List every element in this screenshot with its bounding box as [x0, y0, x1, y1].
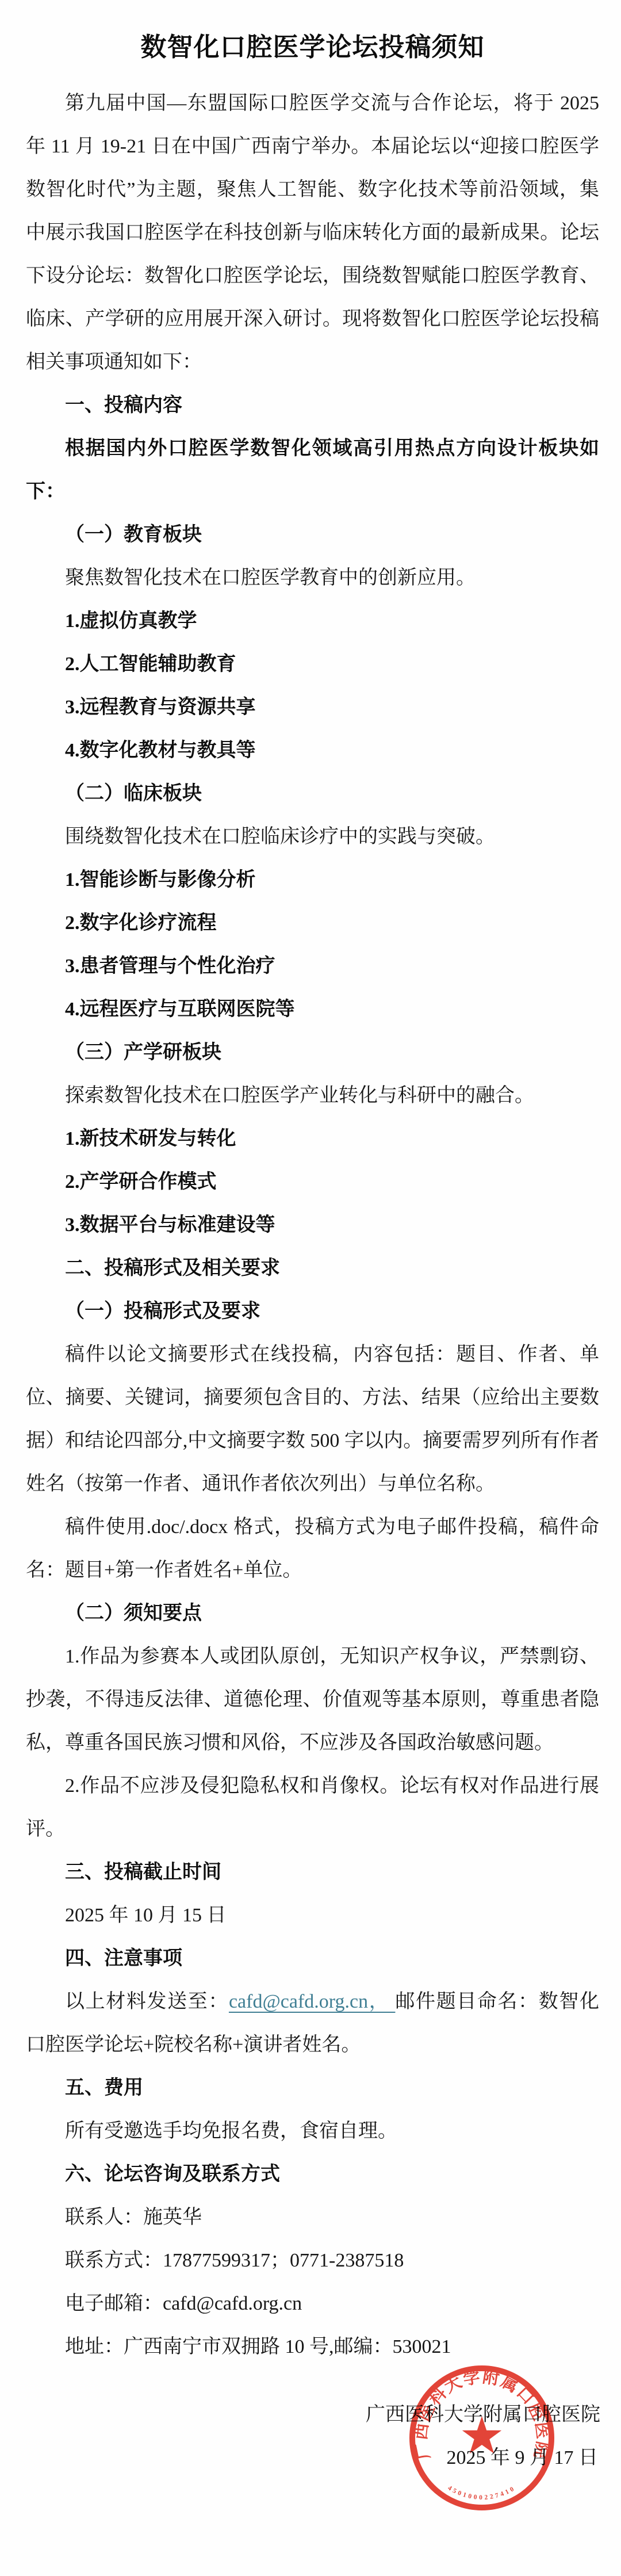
- intro-paragraph: 第九届中国—东盟国际口腔医学交流与合作论坛，将于 2025 年 11 月 19-…: [26, 82, 599, 384]
- text-run: 以上材料发送至：: [65, 1991, 229, 2012]
- heading-4-notes: 四、注意事项: [26, 1937, 599, 1980]
- item-industry-2: 2.产学研合作模式: [26, 1160, 599, 1203]
- heading-1-2-clinical-module: （二）临床板块: [26, 772, 599, 815]
- svg-text:4501000227410: 4501000227410: [447, 2485, 517, 2501]
- para-industry-desc: 探索数智化技术在口腔医学产业转化与科研中的融合。: [26, 1074, 599, 1117]
- para-section-design-note: 根据国内外口腔医学数智化领域高引用热点方向设计板块如下：: [26, 427, 599, 513]
- item-industry-3: 3.数据平台与标准建设等: [26, 1203, 599, 1247]
- para-fees: 所有受邀选手均免报名费，食宿自理。: [26, 2109, 599, 2153]
- para-contact-email: 电子邮箱：cafd@cafd.org.cn: [26, 2282, 599, 2325]
- item-clinical-4: 4.远程医疗与互联网医院等: [26, 988, 599, 1031]
- para-address: 地址：广西南宁市双拥路 10 号,邮编：530021: [26, 2325, 599, 2368]
- heading-1-submission-content: 一、投稿内容: [26, 384, 599, 427]
- item-education-1: 1.虚拟仿真教学: [26, 599, 599, 643]
- signature-block: 广西医科大学附属口腔医院 2025 年 9 月 17 日: [366, 2393, 600, 2479]
- item-education-2: 2.人工智能辅助教育: [26, 643, 599, 686]
- heading-1-3-industry-module: （三）产学研板块: [26, 1031, 599, 1074]
- document-page: 数智化口腔医学论坛投稿须知 第九届中国—东盟国际口腔医学交流与合作论坛，将于 2…: [0, 0, 621, 2576]
- page-title: 数智化口腔医学论坛投稿须知: [26, 21, 599, 74]
- signature-date: 2025 年 9 月 17 日: [366, 2436, 600, 2479]
- heading-3-deadline: 三、投稿截止时间: [26, 1851, 599, 1894]
- email-link[interactable]: cafd@cafd.org.cn，: [229, 1991, 395, 2012]
- para-deadline-date: 2025 年 10 月 15 日: [26, 1894, 599, 1937]
- document-content: 数智化口腔医学论坛投稿须知 第九届中国—东盟国际口腔医学交流与合作论坛，将于 2…: [0, 0, 621, 2368]
- para-contact-phone: 联系方式：17877599317；0771-2387518: [26, 2239, 599, 2282]
- signature-organization: 广西医科大学附属口腔医院: [366, 2393, 600, 2436]
- para-contact-person: 联系人：施英华: [26, 2196, 599, 2239]
- document-blocks: 第九届中国—东盟国际口腔医学交流与合作论坛，将于 2025 年 11 月 19-…: [26, 82, 599, 2368]
- para-key-point-1: 1.作品为参赛本人或团队原创，无知识产权争议，严禁剽窃、抄袭，不得违反法律、道德…: [26, 1635, 599, 1764]
- heading-2-submission-format: 二、投稿形式及相关要求: [26, 1247, 599, 1290]
- para-abstract-requirements: 稿件以论文摘要形式在线投稿，内容包括：题目、作者、单位、摘要、关键词，摘要须包含…: [26, 1333, 599, 1505]
- para-key-point-2: 2.作品不应涉及侵犯隐私权和肖像权。论坛有权对作品进行展评。: [26, 1764, 599, 1851]
- heading-2-2-key-points: （二）须知要点: [26, 1592, 599, 1635]
- para-education-desc: 聚焦数智化技术在口腔医学教育中的创新应用。: [26, 556, 599, 599]
- para-file-format: 稿件使用.doc/.docx 格式，投稿方式为电子邮件投稿，稿件命名：题目+第一…: [26, 1505, 599, 1592]
- heading-2-1-format-requirements: （一）投稿形式及要求: [26, 1290, 599, 1333]
- item-clinical-2: 2.数字化诊疗流程: [26, 901, 599, 945]
- seal-code: 4501000227410: [447, 2485, 517, 2501]
- heading-1-1-education-module: （一）教育板块: [26, 513, 599, 556]
- para-send-to: 以上材料发送至：cafd@cafd.org.cn， 邮件题目命名：数智化口腔医学…: [26, 1980, 599, 2066]
- item-education-4: 4.数字化教材与教具等: [26, 729, 599, 772]
- item-industry-1: 1.新技术研发与转化: [26, 1117, 599, 1160]
- item-clinical-1: 1.智能诊断与影像分析: [26, 858, 599, 901]
- item-education-3: 3.远程教育与资源共享: [26, 686, 599, 729]
- heading-5-fees: 五、费用: [26, 2066, 599, 2109]
- heading-6-contact: 六、论坛咨询及联系方式: [26, 2153, 599, 2196]
- item-clinical-3: 3.患者管理与个性化治疗: [26, 945, 599, 988]
- para-clinical-desc: 围绕数智化技术在口腔临床诊疗中的实践与突破。: [26, 815, 599, 858]
